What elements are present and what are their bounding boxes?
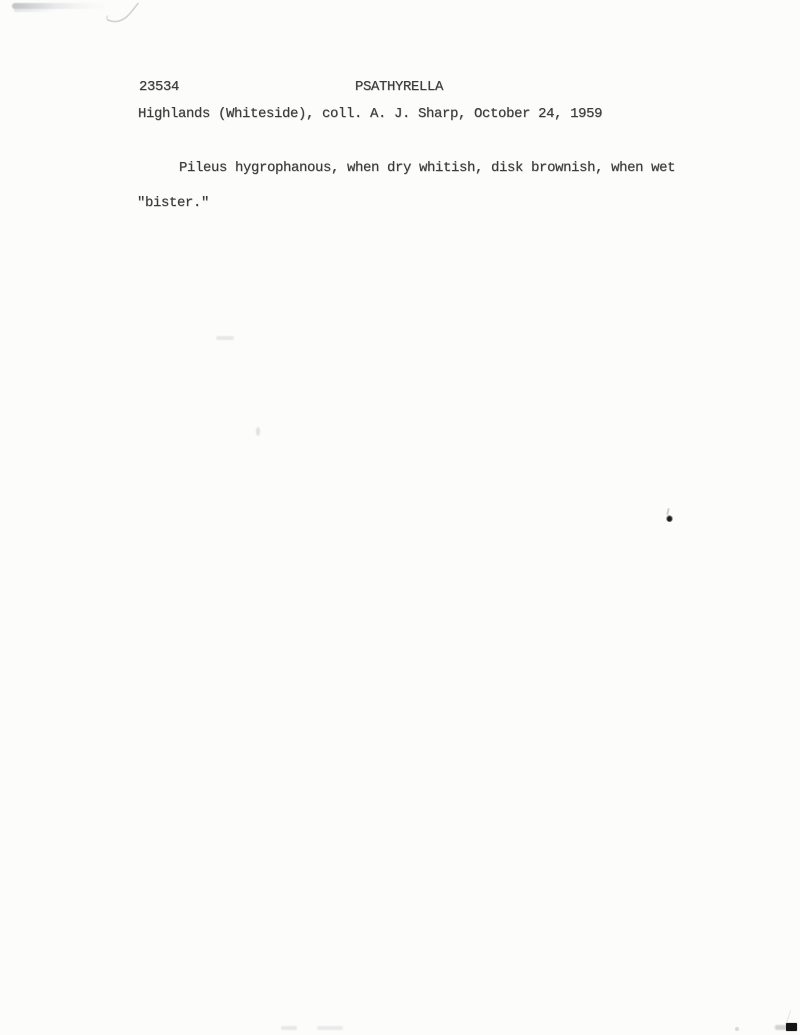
genus-heading: PSATHYRELLA (355, 79, 443, 95)
corner-mark-fringe (775, 1025, 786, 1030)
scan-smudge-bottom-2 (317, 1026, 343, 1030)
body-text-line-2: "bister." (137, 195, 209, 211)
accession-number: 23534 (139, 79, 179, 95)
body-text-line-1: Pileus hygrophanous, when dry whitish, d… (179, 160, 675, 176)
scan-smudge-top-left-2 (14, 9, 56, 12)
corner-scratch-mark (786, 1010, 791, 1024)
scan-dot-bottom (735, 1027, 739, 1031)
ink-fleck-tail (666, 508, 669, 515)
scan-smudge-mid-left (216, 336, 234, 340)
scan-smudge-bottom-1 (281, 1026, 297, 1030)
scanned-document-page: 23534 PSATHYRELLA Highlands (Whiteside),… (0, 0, 800, 1035)
pen-stroke-mark (106, 1, 142, 23)
collection-line: Highlands (Whiteside), coll. A. J. Sharp… (138, 106, 602, 122)
scan-smudge-top-left (12, 3, 108, 9)
scan-speck-mid (256, 427, 260, 436)
ink-fleck (666, 515, 673, 522)
corner-black-mark (786, 1023, 797, 1031)
